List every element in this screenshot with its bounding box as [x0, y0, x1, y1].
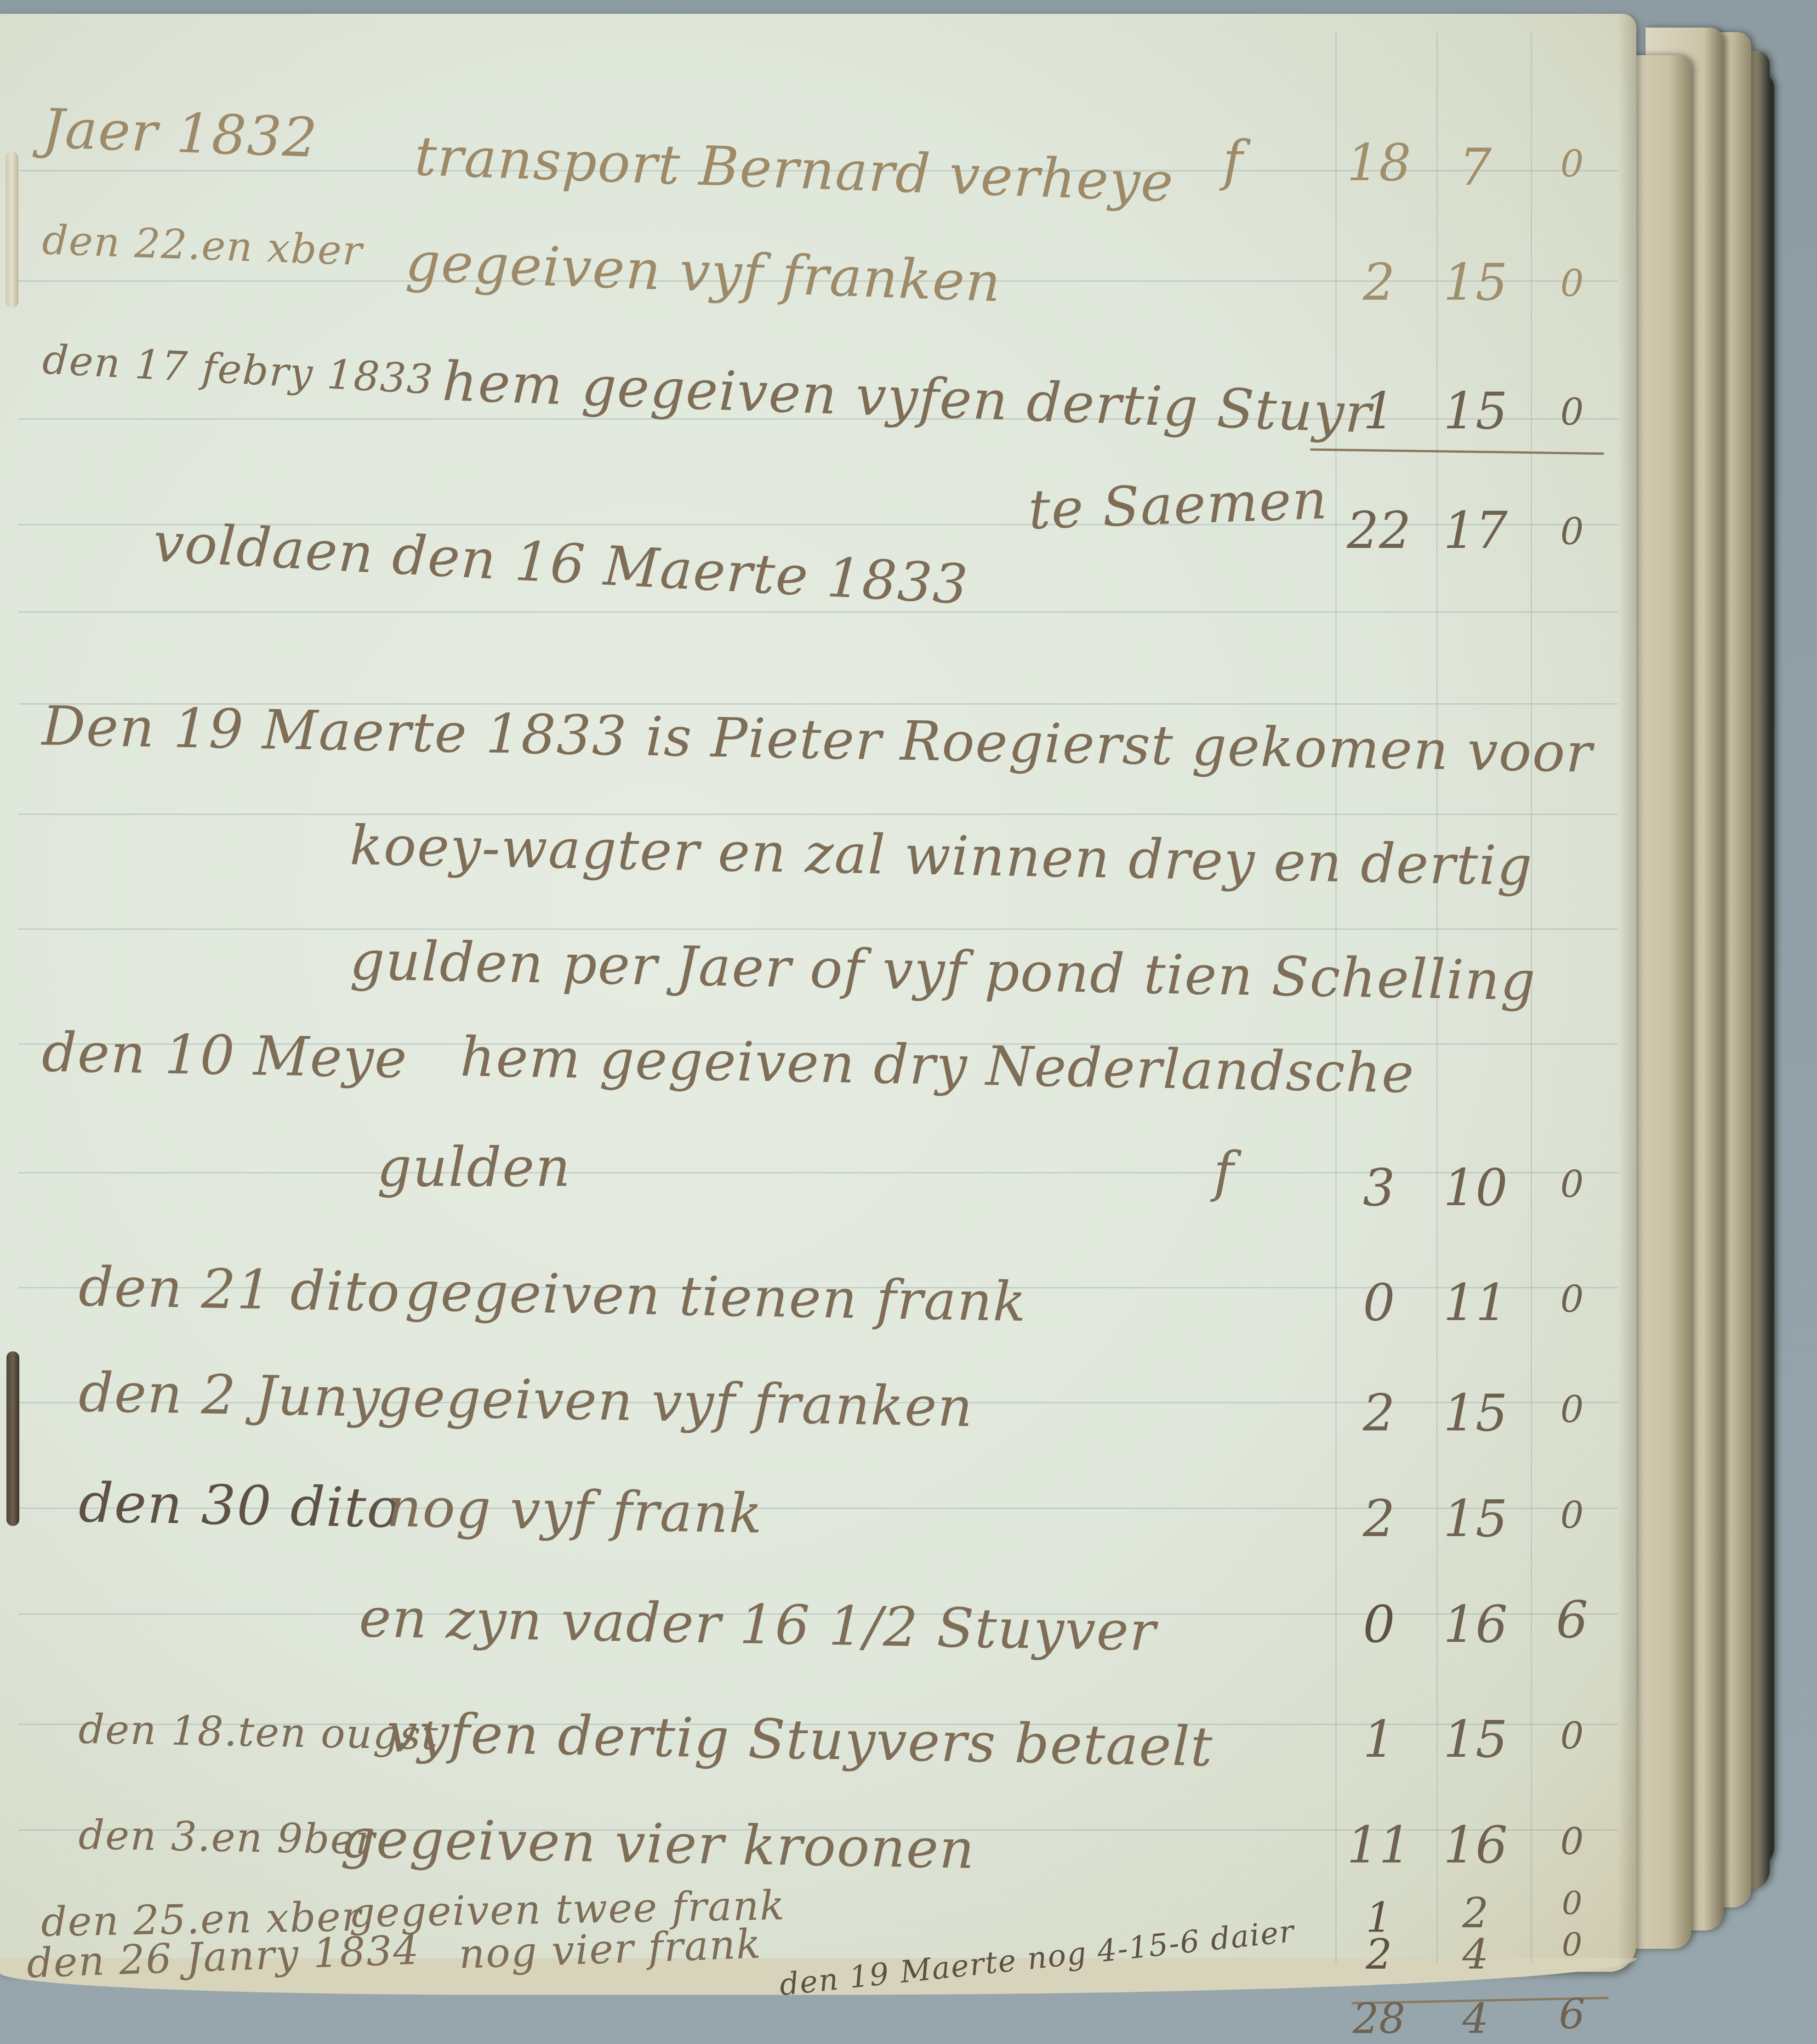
amount-stuivers: 7: [1430, 138, 1521, 197]
total-stuivers: 4: [1430, 1995, 1521, 2043]
amount-penningen: 0: [1526, 1163, 1618, 1206]
total-stuivers: 17: [1430, 501, 1521, 560]
amount-stuivers: 16: [1430, 1816, 1521, 1874]
entry-date: den 30 dito: [78, 1471, 401, 1540]
amount-penningen: 0: [1526, 1820, 1618, 1863]
amount-stuivers: 15: [1430, 381, 1521, 440]
ruled-line: [18, 611, 1618, 613]
amount-guldens: 1: [1333, 381, 1425, 440]
amount-penningen: 0: [1526, 1278, 1618, 1321]
contract-line-3: gulden per Jaer of vyf pond tien Schelli…: [349, 928, 1537, 1013]
header-text: transport Bernard verheye: [414, 124, 1175, 214]
total-penningen: 0: [1526, 510, 1618, 553]
currency-symbol: f: [1223, 129, 1244, 192]
total-penningen: 6: [1526, 1990, 1618, 2038]
amount-penningen: 0: [1526, 1926, 1618, 1964]
header-date: Jaer 1832: [41, 97, 319, 170]
ruled-line: [18, 928, 1618, 930]
amount-penningen: 0: [1526, 1714, 1618, 1757]
entry-text: gegeiven vyf franken: [404, 230, 1002, 314]
entry-text: gegeiven vyf franken: [377, 1365, 974, 1439]
entry-date: den 2 Juny: [78, 1361, 382, 1429]
entry-text: vyfen dertig Stuyvers betaelt: [386, 1701, 1213, 1778]
amount-penningen: 0: [1526, 1494, 1618, 1537]
amount-penningen: 0: [1526, 142, 1618, 185]
amount-stuivers: 15: [1430, 253, 1521, 312]
binding-thread: [6, 1351, 19, 1526]
amount-penningen: 0: [1526, 1885, 1618, 1922]
sum-rule: [1310, 449, 1604, 455]
entry-date: den 3.en 9ber: [78, 1811, 376, 1863]
amount-stuivers: 11: [1430, 1273, 1521, 1332]
amount-guldens: 0: [1333, 1595, 1425, 1654]
entry-text: en zyn vader 16 1/2 Stuyver: [359, 1586, 1157, 1663]
total-guldens: 28: [1333, 1995, 1425, 2043]
entry-text-continued: gulden: [377, 1135, 571, 1199]
currency-symbol: f: [1213, 1140, 1235, 1203]
amount-stuivers: 15: [1430, 1489, 1521, 1548]
total-label: te Saemen: [1027, 467, 1329, 541]
settled-note: voldaen den 16 Maerte 1833: [152, 510, 970, 616]
amount-guldens: 2: [1333, 1489, 1425, 1548]
amount-guldens: 2: [1333, 253, 1425, 312]
entry-date: den 18.ten ougst: [78, 1705, 439, 1759]
amount-penningen: 0: [1526, 262, 1618, 305]
page-fold-shadow: [1618, 14, 1636, 1972]
contract-line-1: Den 19 Maerte 1833 is Pieter Roegierst g…: [41, 694, 1593, 785]
amount-guldens: 2: [1333, 1384, 1425, 1442]
amount-stuivers: 4: [1430, 1930, 1521, 1979]
amount-stuivers: 15: [1430, 1384, 1521, 1442]
amount-guldens: 3: [1333, 1158, 1425, 1217]
entry-text: gegeiven vier kroonen: [340, 1806, 976, 1881]
entry-text: hem gegeiven vyfen dertig Stuyr: [441, 349, 1373, 445]
amount-guldens: 2: [1333, 1930, 1425, 1979]
amount-stuivers: 10: [1430, 1158, 1521, 1217]
entry-date: den 10 Meye: [41, 1020, 408, 1090]
amount-penningen: 0: [1526, 391, 1618, 433]
amount-guldens: 11: [1333, 1816, 1425, 1874]
entry-text: hem gegeiven dry Nederlandsche: [460, 1025, 1415, 1105]
amount-penningen: 6: [1526, 1590, 1618, 1649]
entry-date: den 17 febry 1833: [41, 336, 435, 403]
binding-thread: [6, 152, 18, 308]
amount-penningen: 0: [1526, 1388, 1618, 1431]
entry-text: nog vyf frank: [386, 1475, 763, 1545]
amount-stuivers: 16: [1430, 1595, 1521, 1654]
entry-date: den 21 dito: [78, 1255, 401, 1324]
entry-date: den 22.en xber: [41, 216, 364, 274]
amount-guldens: 0: [1333, 1273, 1425, 1332]
total-guldens: 22: [1333, 501, 1425, 560]
contract-line-2: koey-wagter en zal winnen drey en dertig: [349, 814, 1533, 898]
ledger-page: Jaer 1832 transport Bernard verheye f 18…: [0, 14, 1636, 1972]
ruled-line: [18, 814, 1618, 815]
amount-stuivers: 15: [1430, 1710, 1521, 1769]
amount-guldens: 1: [1333, 1710, 1425, 1769]
amount-guldens: 18: [1333, 133, 1425, 192]
entry-text: gegeiven tienen frank: [404, 1259, 1027, 1334]
